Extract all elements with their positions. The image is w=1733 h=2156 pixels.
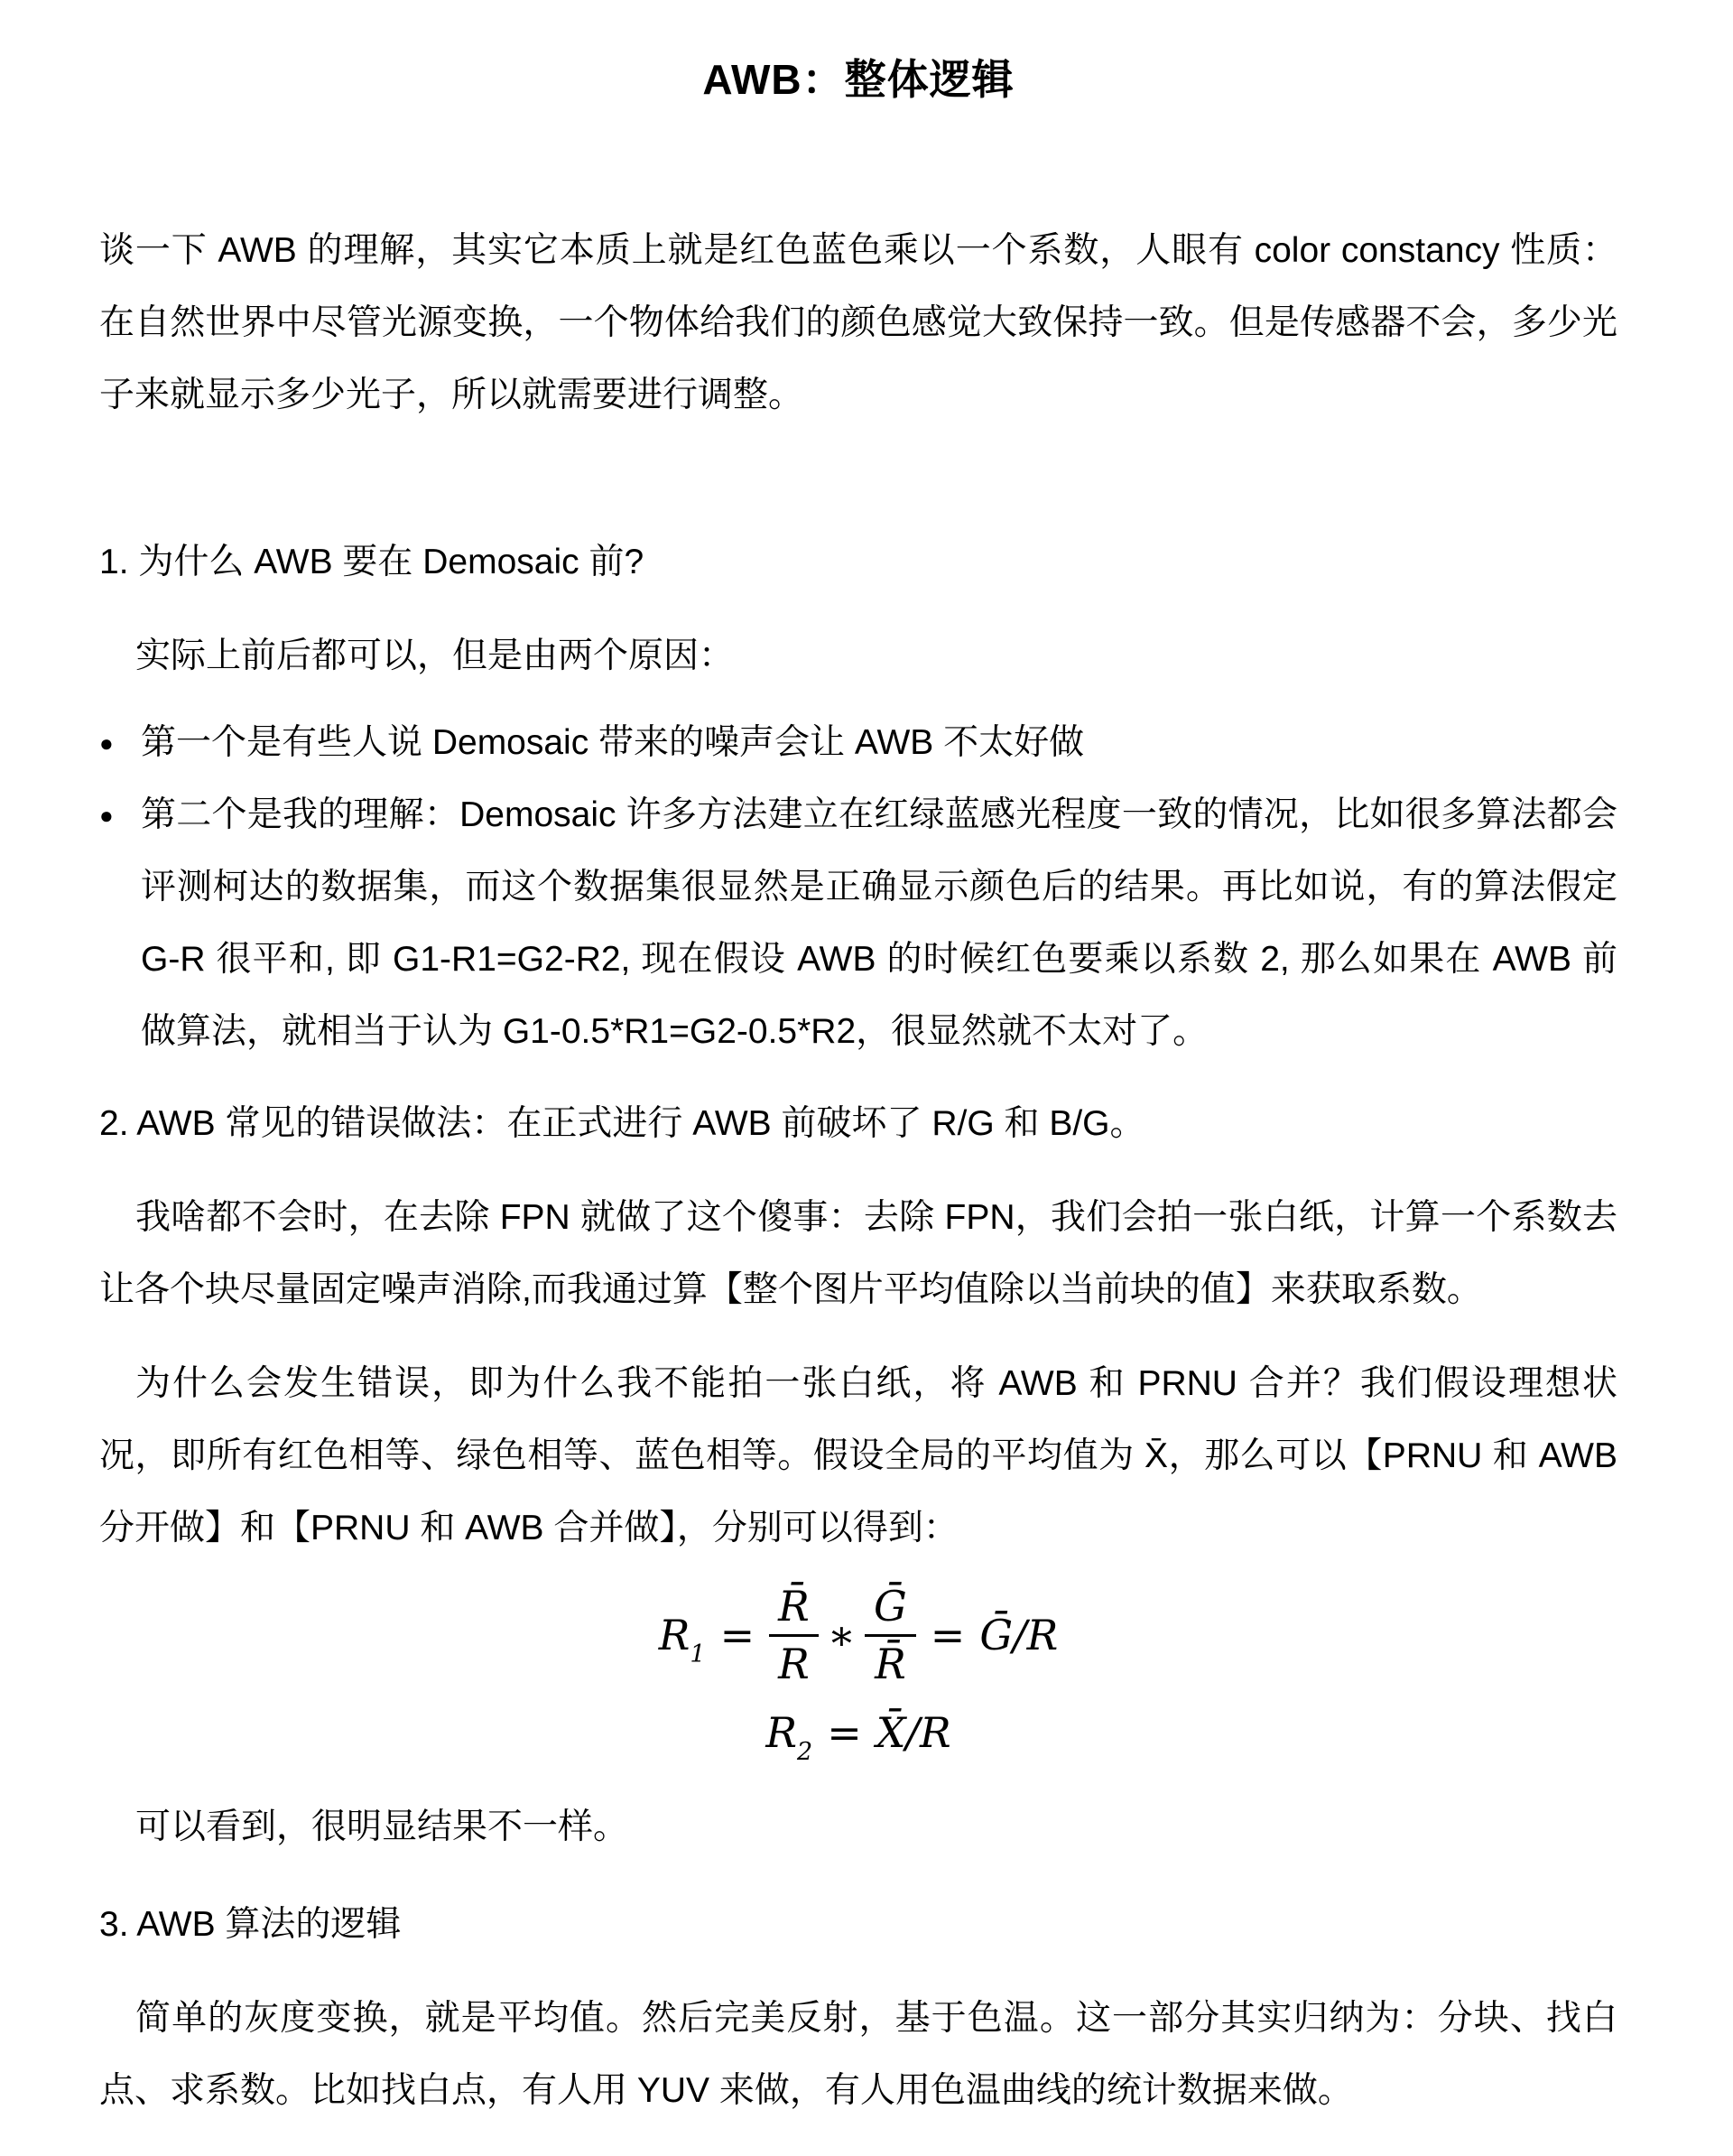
bullet-icon: ● [99, 707, 141, 779]
bullet-icon: ● [99, 779, 141, 851]
multiply-operator: ∗ [822, 1612, 861, 1659]
section3-paragraph: 简单的灰度变换，就是平均值。然后完美反射，基于色温。这一部分其实归纳为：分块、找… [99, 1983, 1617, 2127]
intro-paragraph: 谈一下 AWB 的理解，其实它本质上就是红色蓝色乘以一个系数，人眼有 color… [99, 215, 1617, 432]
list-item-text: 第二个是我的理解：Demosaic 许多方法建立在红绿蓝感光程度一致的情况，比如… [141, 779, 1617, 1068]
formula-lhs: R2 [762, 1710, 816, 1756]
equals-sign: = [920, 1612, 977, 1659]
fraction-numerator: Ḡ [865, 1581, 916, 1637]
fraction-denominator: R [769, 1637, 819, 1690]
section3-heading: 3. AWB 算法的逻辑 [99, 1889, 1617, 1961]
formula-lhs: R1 [655, 1612, 709, 1659]
list-item: ● 第一个是有些人说 Demosaic 带来的噪声会让 AWB 不太好做 [99, 707, 1617, 779]
fraction-numerator: R̄ [769, 1581, 819, 1637]
formula-variable: R [765, 1708, 797, 1757]
list-item: ● 第二个是我的理解：Demosaic 许多方法建立在红绿蓝感光程度一致的情况，… [99, 779, 1617, 1068]
formula-subscript: 1 [690, 1640, 705, 1668]
equals-sign: = [709, 1612, 766, 1659]
formula-result: X̄/R [873, 1710, 955, 1756]
reasons-list: ● 第一个是有些人说 Demosaic 带来的噪声会让 AWB 不太好做 ● 第… [99, 707, 1617, 1068]
section2-conclusion: 可以看到，很明显结果不一样。 [99, 1791, 1617, 1863]
formula-variable: R [659, 1611, 690, 1659]
formula-result: Ḡ/R [976, 1612, 1061, 1659]
list-item-text: 第一个是有些人说 Demosaic 带来的噪声会让 AWB 不太好做 [141, 707, 1617, 779]
document-page: AWB：整体逻辑 谈一下 AWB 的理解，其实它本质上就是红色蓝色乘以一个系数，… [0, 0, 1733, 2156]
formula-r1: R1 = R̄ R ∗ Ḡ R̄ = Ḡ/R [99, 1581, 1617, 1690]
fraction-denominator: R̄ [866, 1637, 915, 1690]
equals-sign: = [816, 1710, 873, 1756]
section1-lead: 实际上前后都可以，但是由两个原因： [99, 620, 1617, 692]
fraction: Ḡ R̄ [865, 1581, 916, 1690]
section1-heading: 1. 为什么 AWB 要在 Demosaic 前? [99, 526, 1617, 599]
section2-paragraph-2: 为什么会发生错误，即为什么我不能拍一张白纸，将 AWB 和 PRNU 合并？我们… [99, 1348, 1617, 1565]
section2-heading: 2. AWB 常见的错误做法：在正式进行 AWB 前破坏了 R/G 和 B/G。 [99, 1088, 1617, 1160]
fraction: R̄ R [769, 1581, 819, 1690]
formula-r2: R2 = X̄/R [99, 1697, 1617, 1770]
section2-paragraph-1: 我啥都不会时，在去除 FPN 就做了这个傻事：去除 FPN，我们会拍一张白纸，计… [99, 1182, 1617, 1326]
formula-subscript: 2 [797, 1738, 812, 1766]
page-title: AWB：整体逻辑 [99, 52, 1617, 107]
